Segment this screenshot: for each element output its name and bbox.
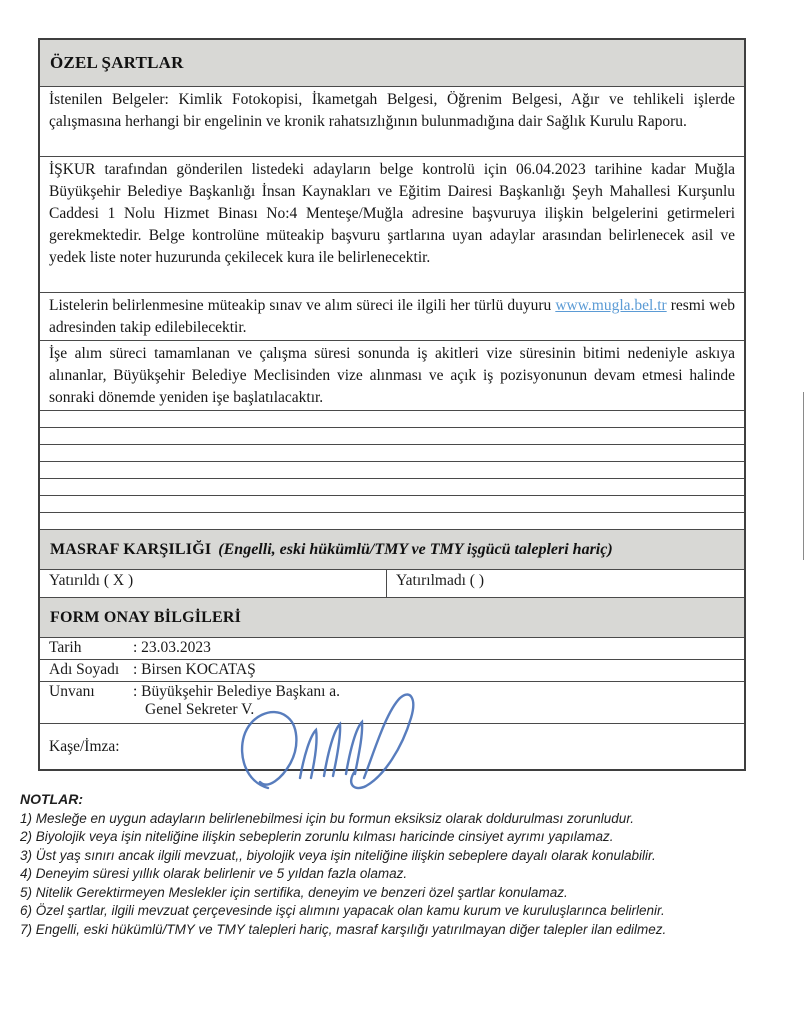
note-item-5: 5) Nitelik Gerektirmeyen Meslekler için … — [20, 884, 795, 903]
unvani-value-line2: Genel Sekreter V. — [133, 701, 340, 719]
form-onay-header: FORM ONAY BİLGİLERİ — [40, 597, 744, 637]
kase-imza-row: Kaşe/İmza: — [40, 723, 744, 769]
unvani-value: : Büyükşehir Belediye Başkanı a. Genel S… — [133, 683, 340, 722]
note-item-1: 1) Mesleğe en uygun adayların belirleneb… — [20, 810, 795, 829]
listeler-paragraph: Listelerin belirlenmesine müteakip sınav… — [40, 292, 744, 340]
empty-row — [40, 478, 744, 495]
yatirilmadi-cell: Yatırılmadı ( ) — [387, 570, 744, 597]
empty-row — [40, 444, 744, 461]
empty-row — [40, 512, 744, 529]
ozel-sartlar-header: ÖZEL ŞARTLAR — [40, 40, 744, 86]
yatirildi-cell: Yatırıldı ( X ) — [40, 570, 387, 597]
note-item-4: 4) Deneyim süresi yıllık olarak belirlen… — [20, 865, 795, 884]
scan-artifact-line — [803, 392, 804, 560]
adi-soyadi-row: Adı Soyadı : Birsen KOCATAŞ — [40, 659, 744, 681]
adi-soyadi-label: Adı Soyadı — [49, 661, 133, 680]
kase-imza-label: Kaşe/İmza: — [49, 738, 120, 756]
notlar-title: NOTLAR: — [20, 790, 795, 809]
empty-row — [40, 495, 744, 512]
ise-alim-paragraph: İşe alım süreci tamamlanan ve çalışma sü… — [40, 340, 744, 410]
unvani-label: Unvanı — [49, 683, 133, 722]
note-item-2: 2) Biyolojik veya işin niteliğine ilişki… — [20, 828, 795, 847]
unvani-value-line1: : Büyükşehir Belediye Başkanı a. — [133, 683, 340, 701]
notlar-section: NOTLAR: 1) Mesleğe en uygun adayların be… — [20, 790, 795, 939]
tarih-label: Tarih — [49, 639, 133, 658]
ozel-sartlar-table: ÖZEL ŞARTLAR İstenilen Belgeler: Kimlik … — [38, 38, 746, 771]
scanned-form-page: ÖZEL ŞARTLAR İstenilen Belgeler: Kimlik … — [0, 0, 810, 1024]
tarih-value: : 23.03.2023 — [133, 639, 211, 658]
masraf-exception-note: (Engelli, eski hükümlü/TMY ve TMY işgücü… — [218, 541, 612, 559]
iskur-paragraph: İŞKUR tarafından gönderilen listedeki ad… — [40, 156, 744, 292]
masraf-status-row: Yatırıldı ( X ) Yatırılmadı ( ) — [40, 569, 744, 597]
tarih-row: Tarih : 23.03.2023 — [40, 637, 744, 659]
masraf-title: MASRAF KARŞILIĞI — [50, 541, 211, 559]
istenilen-belgeler-paragraph: İstenilen Belgeler: Kimlik Fotokopisi, İ… — [40, 86, 744, 156]
mugla-bel-tr-link[interactable]: www.mugla.bel.tr — [555, 297, 666, 314]
listeler-text-pre: Listelerin belirlenmesine müteakip sınav… — [49, 297, 555, 314]
note-item-3: 3) Üst yaş sınırı ancak ilgili mevzuat,,… — [20, 847, 795, 866]
note-item-7: 7) Engelli, eski hükümlü/TMY ve TMY tale… — [20, 921, 795, 940]
empty-row — [40, 410, 744, 427]
ozel-sartlar-title: ÖZEL ŞARTLAR — [50, 53, 184, 73]
form-onay-title: FORM ONAY BİLGİLERİ — [50, 609, 241, 627]
unvani-row: Unvanı : Büyükşehir Belediye Başkanı a. … — [40, 681, 744, 723]
note-item-6: 6) Özel şartlar, ilgili mevzuat çerçeves… — [20, 902, 795, 921]
adi-soyadi-value: : Birsen KOCATAŞ — [133, 661, 256, 680]
empty-row — [40, 427, 744, 444]
masraf-karsiligi-header: MASRAF KARŞILIĞI (Engelli, eski hükümlü/… — [40, 529, 744, 569]
empty-row — [40, 461, 744, 478]
